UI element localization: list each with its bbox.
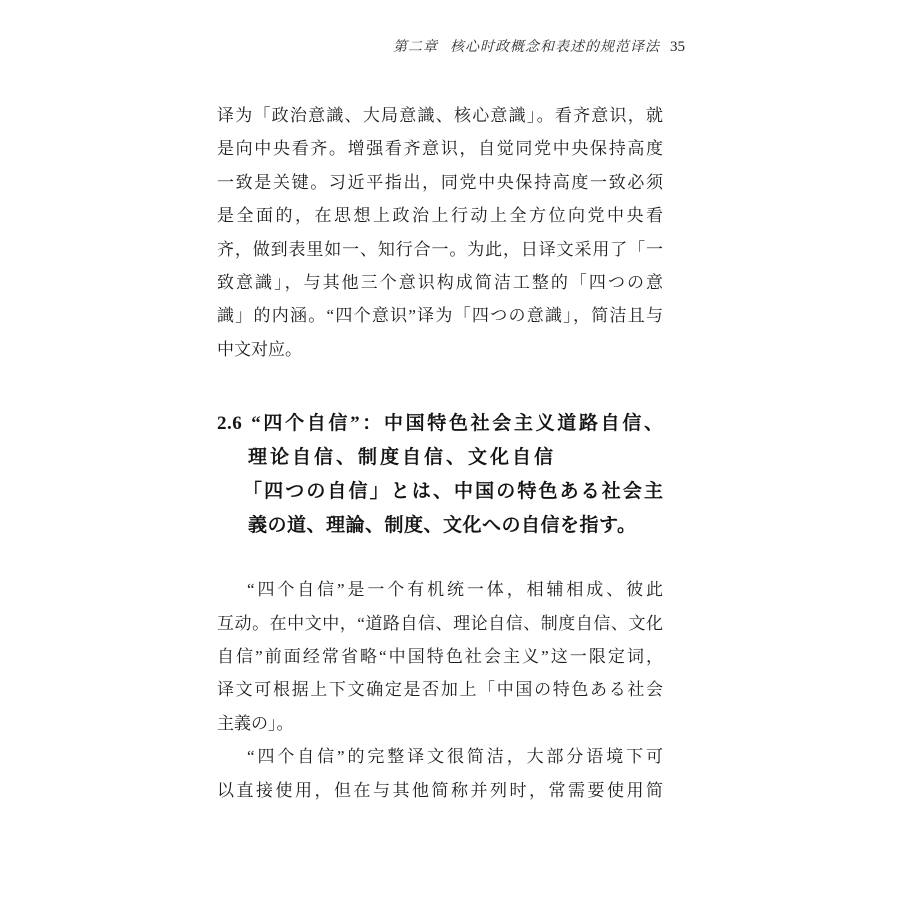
section-heading-japanese-line: 「四つの自信」とは、中国の特色ある社会主 [243, 475, 663, 509]
book-page: 第二章 核心时政概念和表述的规范译法 35 译为「政治意識、大局意識、核心意識」… [0, 0, 900, 900]
section-heading-japanese-line: 義の道、理論、制度、文化への自信を指す。 [248, 509, 663, 543]
text-line: 識」的内涵。“四个意识”译为「四つの意識」，简洁且与 [217, 299, 663, 332]
text-line: 齐，做到表里如一、知行合一。为此，日译文采用了「一 [217, 233, 663, 266]
text-line: “四个自信”的完整译文很简洁，大部分语境下可 [217, 740, 663, 773]
paragraph-1: 译为「政治意識、大局意識、核心意識」。看齐意识，就 是向中央看齐。增强看齐意识，… [217, 99, 663, 366]
text-line: 自信”前面经常省略“中国特色社会主义”这一限定词， [217, 640, 663, 673]
text-line: 译为「政治意識、大局意識、核心意識」。看齐意识，就 [217, 99, 663, 132]
paragraph-2: “四个自信”是一个有机统一体，相辅相成、彼此 互动。在中文中，“道路自信、理论自… [217, 573, 663, 740]
section-heading-2-6: 2.6“四个自信”：中国特色社会主义道路自信、 理论自信、制度自信、文化自信 「… [217, 407, 663, 542]
section-number: 2.6 [217, 413, 242, 434]
paragraph-3: “四个自信”的完整译文很简洁，大部分语境下可 以直接使用，但在与其他简称并列时，… [217, 740, 663, 807]
running-header: 第二章 核心时政概念和表述的规范译法 35 [393, 36, 685, 56]
running-header-title: 核心时政概念和表述的规范译法 [450, 36, 660, 56]
text-line: “四个自信”是一个有机统一体，相辅相成、彼此 [217, 573, 663, 606]
text-line: 致意識」，与其他三个意识构成简洁工整的「四つの意 [217, 266, 663, 299]
text-line: 中文对应。 [217, 333, 663, 366]
section-title-part: “四个自信”：中国特色社会主义道路自信、 [251, 413, 663, 434]
text-line: 是全面的，在思想上政治上行动上全方位向党中央看 [217, 199, 663, 232]
text-line: 主義の」。 [217, 707, 663, 740]
text-line: 译文可根据上下文确定是否加上「中国の特色ある社会 [217, 673, 663, 706]
text-line: 互动。在中文中，“道路自信、理论自信、制度自信、文化 [217, 607, 663, 640]
chapter-label: 第二章 [393, 36, 438, 56]
text-line: 一致是关键。习近平指出，同党中央保持高度一致必须 [217, 166, 663, 199]
section-heading-line: 2.6“四个自信”：中国特色社会主义道路自信、 [217, 407, 663, 441]
page-number: 35 [670, 39, 685, 56]
text-line: 以直接使用，但在与其他简称并列时，常需要使用简 [217, 774, 663, 807]
text-line: 是向中央看齐。增强看齐意识，自觉同党中央保持高度 [217, 132, 663, 165]
section-heading-line: 理论自信、制度自信、文化自信 [248, 441, 663, 475]
text-column: 译为「政治意識、大局意識、核心意識」。看齐意识，就 是向中央看齐。增强看齐意识，… [217, 99, 663, 807]
